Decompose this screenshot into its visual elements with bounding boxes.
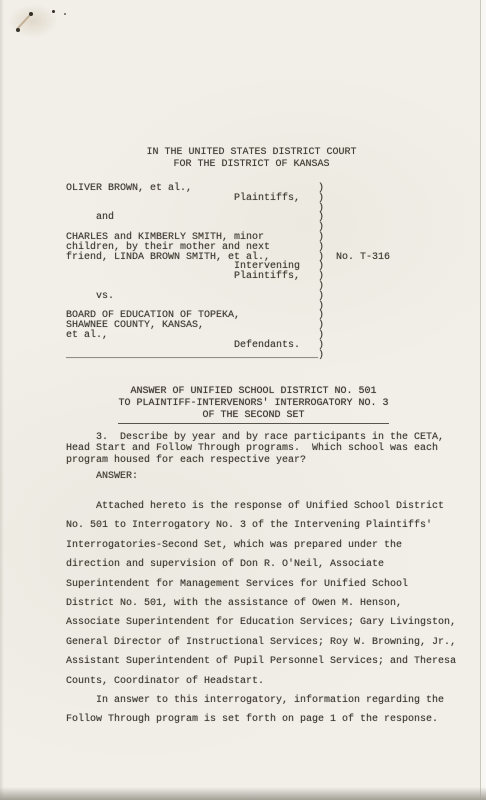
ink-speck xyxy=(29,12,33,16)
ink-speck xyxy=(64,13,66,15)
court-header: IN THE UNITED STATES DISTRICT COURT FOR … xyxy=(17,147,486,170)
interrogatory-question: 3. Describe by year and by race particip… xyxy=(66,432,444,466)
document-title: ANSWER OF UNIFIED SCHOOL DISTRICT NO. 50… xyxy=(118,386,388,424)
ink-speck xyxy=(52,10,55,13)
document-title-wrap: ANSWER OF UNIFIED SCHOOL DISTRICT NO. 50… xyxy=(21,386,486,424)
case-caption: OLIVER BROWN, et al., ) Plaintiffs, ) ) … xyxy=(66,184,390,360)
ink-smudge xyxy=(0,0,90,50)
answer-paragraphs: Attached hereto is the response of Unifi… xyxy=(66,497,456,730)
ink-speck xyxy=(16,28,20,32)
scan-edge-right xyxy=(480,0,486,800)
scanned-document-page: IN THE UNITED STATES DISTRICT COURT FOR … xyxy=(0,0,486,800)
answer-label: ANSWER: xyxy=(66,471,138,482)
scan-edge-left xyxy=(0,0,4,800)
smudge-haze xyxy=(8,4,58,38)
scan-edge-bottom xyxy=(0,787,486,800)
